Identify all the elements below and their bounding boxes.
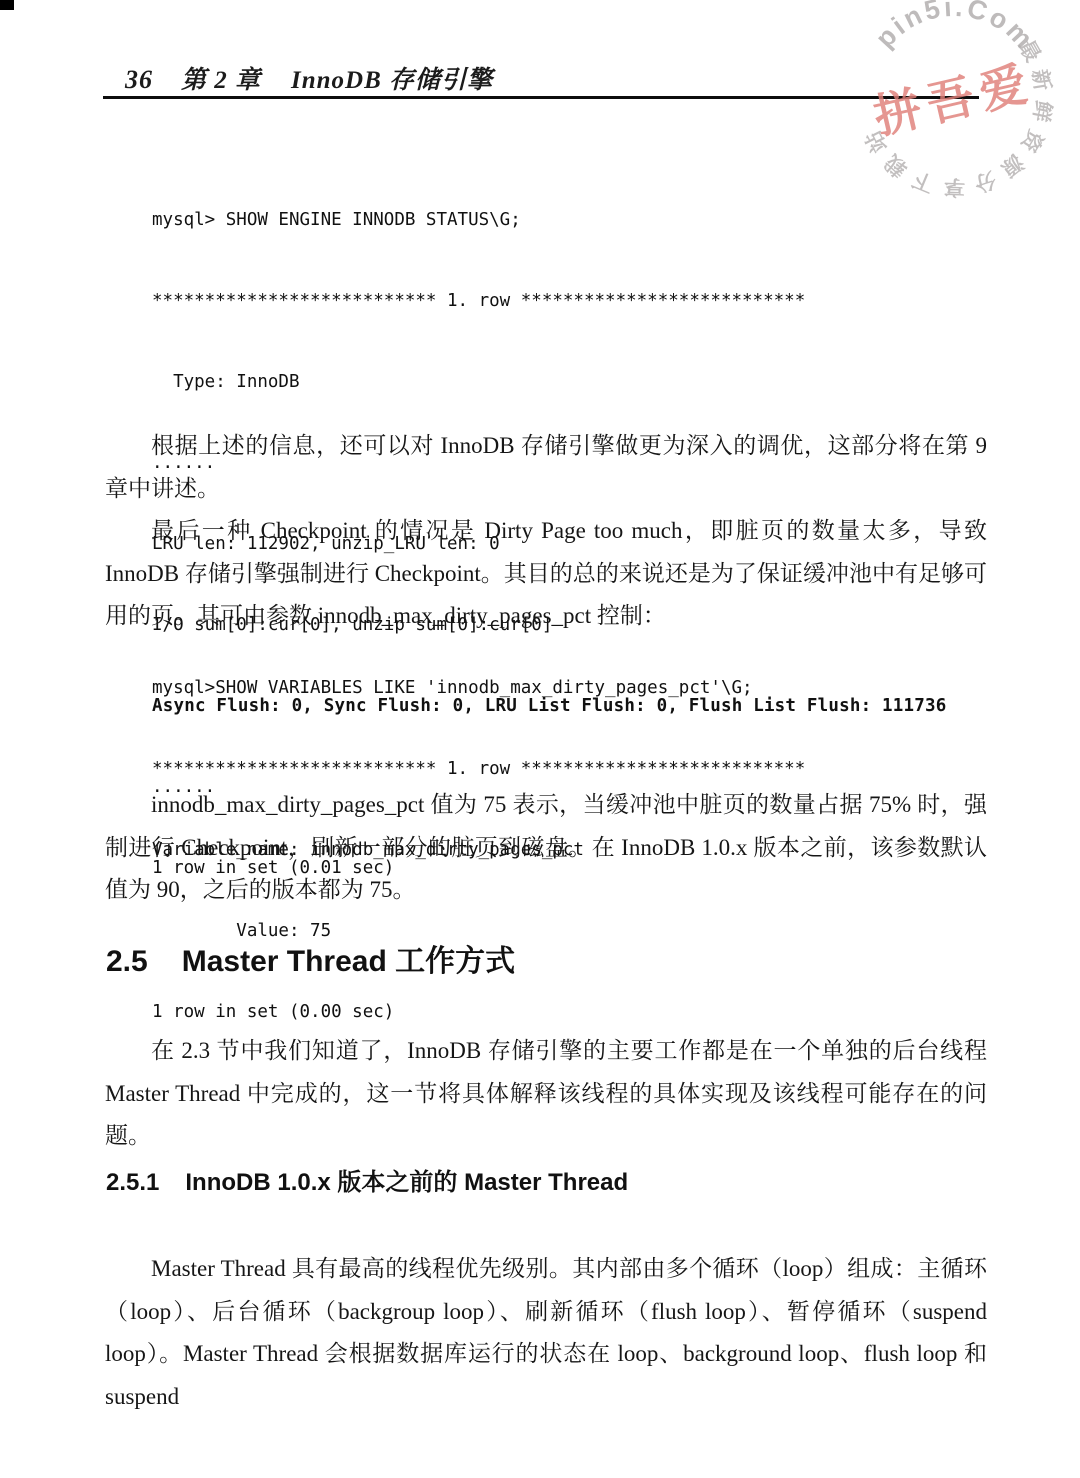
paragraph-tuning-note: 根据上述的信息，还可以对 InnoDB 存储引擎做更为深入的调优，这部分将在第 … bbox=[105, 425, 987, 510]
code-line: Type: InnoDB bbox=[152, 369, 946, 396]
section-heading-2-5-1: 2.5.1InnoDB 1.0.x 版本之前的 Master Thread bbox=[106, 1162, 628, 1197]
code-line: *************************** 1. row *****… bbox=[152, 288, 946, 315]
code-line: 1 row in set (0.00 sec) bbox=[152, 999, 805, 1026]
section-heading-2-5: 2.5Master Thread 工作方式 bbox=[106, 936, 515, 980]
paragraph-max-dirty-pages-pct: innodb_max_dirty_pages_pct 值为 75 表示，当缓冲池… bbox=[105, 784, 987, 912]
code-line: mysql> SHOW ENGINE INNODB STATUS\G; bbox=[152, 207, 946, 234]
header-rule bbox=[103, 96, 979, 99]
chapter-label: 第 2 章 bbox=[181, 67, 261, 94]
subsection-title: InnoDB 1.0.x 版本之前的 Master Thread bbox=[185, 1169, 628, 1196]
paragraph-master-thread-loops: Master Thread 具有最高的线程优先级别。其内部由多个循环（loop）… bbox=[105, 1248, 987, 1418]
subsection-number: 2.5.1 bbox=[106, 1169, 159, 1196]
book-page: 36第 2 章InnoDB 存储引擎 pin5i.Com 最新鲜资源分享下载站 … bbox=[0, 0, 1080, 1478]
watermark-stamp-name: 拼吾爱 bbox=[869, 57, 1039, 144]
page-number: 36 bbox=[125, 65, 153, 94]
section-number: 2.5 bbox=[106, 945, 148, 978]
chapter-title: InnoDB 存储引擎 bbox=[291, 67, 493, 94]
code-line: mysql>SHOW VARIABLES LIKE 'innodb_max_di… bbox=[152, 675, 805, 702]
paragraph-master-thread-intro: 在 2.3 节中我们知道了，InnoDB 存储引擎的主要工作都是在一个单独的后台… bbox=[105, 1030, 987, 1158]
section-title: Master Thread 工作方式 bbox=[182, 945, 515, 978]
scan-corner-artifact bbox=[0, 0, 14, 10]
watermark-site-arc: pin5i.Com bbox=[870, 0, 1041, 56]
paragraph-dirty-page-checkpoint: 最后一种 Checkpoint 的情况是 Dirty Page too much… bbox=[105, 510, 987, 638]
code-line: *************************** 1. row *****… bbox=[152, 756, 805, 783]
running-head: 36第 2 章InnoDB 存储引擎 bbox=[125, 60, 493, 96]
